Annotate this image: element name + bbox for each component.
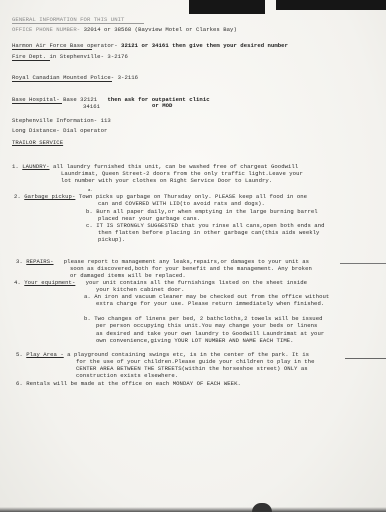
stray-line (340, 263, 386, 264)
stray-line (345, 358, 386, 359)
item-title: Your equipment- (24, 279, 75, 286)
underline (12, 81, 112, 82)
contact-value-alt: 34161 (83, 103, 100, 110)
office-phone-line: OFFICE PHONE NUMBER- 32014 or 38568 (Bay… (12, 26, 237, 33)
item-rentals: 6. Rentals will be made at the office on… (16, 380, 241, 387)
scan-bottom-edge (0, 507, 386, 512)
item-number: 6. (16, 380, 23, 387)
sub-item-a: a. An iron and vacuum cleaner may be che… (84, 293, 329, 300)
item-text: placed near your garbage cans. (98, 215, 200, 222)
redaction-mark (276, 0, 386, 10)
sub-letter: b. (86, 208, 93, 215)
item-text: Burn all paper daily,or when emptying in… (96, 208, 317, 215)
contact-value: 32121 (80, 96, 97, 103)
contact-label: Harmon Air Force Base operator- (12, 42, 118, 49)
redaction-mark (189, 0, 265, 14)
item-repairs: 3. REPAIRS- please report to management … (16, 258, 309, 265)
contact-label: Base Hospital- Base (12, 96, 77, 103)
sub-item-b: b. Two changes of linens per bed, 2 bath… (84, 315, 323, 322)
office-phone-value: 32014 or 38568 (Bayview Motel or Clarkes… (84, 26, 237, 33)
item-number: 4. (14, 279, 21, 286)
item-text: An iron and vacuum cleaner may be checke… (94, 293, 329, 300)
contact-value: 32121 or 34161 then give them your desir… (121, 42, 288, 49)
item-text: IT IS STRONGLY SUGGESTED that you rinse … (96, 222, 324, 229)
underline (12, 103, 62, 104)
contact-label: Long Distance- (12, 127, 60, 134)
item-garbage: 2. Garbage pickup- Town picks up garbage… (14, 193, 307, 200)
item-text: please report to management any leaks,re… (64, 258, 309, 265)
contact-value: 3-2176 (107, 53, 127, 60)
contact-stephenville-info: Stephenville Information- 113 (12, 117, 111, 124)
item-text: construction exists elsewhere. (76, 372, 178, 379)
title-underline (12, 23, 144, 24)
item-text: then flatten before placing in other gar… (98, 229, 319, 236)
item-text: soon as discovered,both for your benefit… (70, 265, 312, 272)
section-title: TRAILOR SERVICE (12, 139, 63, 146)
contact-label: Royal Canadian Mounted Police- (12, 74, 114, 81)
item-text: can and COVERED WITH LID(to avoid rats a… (98, 200, 265, 207)
item-number: 2. (14, 193, 21, 200)
contact-base-hospital: Base Hospital- Base 32121 then ask for o… (12, 96, 210, 103)
item-text: Two changes of linens per bed, 2 bathclo… (94, 315, 322, 322)
sub-item-b: b. Burn all paper daily,or when emptying… (86, 208, 318, 215)
item-text: lot number with your clothes on Right Se… (61, 177, 272, 184)
item-text: your unit contains all the furnishings l… (86, 279, 307, 286)
underline (12, 49, 92, 50)
item-text: Laundrimat, Queen Street-2 doors from th… (61, 170, 303, 177)
item-number: 1. (12, 163, 19, 170)
item-text: your kitchen cabinet door. (96, 286, 185, 293)
item-text: extra charge for your use. Please return… (96, 300, 324, 307)
item-text: own convenience,giving YOUR LOT NUMBER A… (96, 337, 294, 344)
contact-fire-dept: Fire Dept. in Stephenville- 3-2176 (12, 53, 128, 60)
sub-item-c: c. IT IS STRONGLY SUGGESTED that you rin… (86, 222, 325, 229)
contact-note-alt: or MOD (152, 102, 172, 109)
item-title: Play Area - (26, 351, 63, 358)
item-title: REPAIRS- (26, 258, 53, 265)
item-play-area: 5. Play Area - a playground containing s… (16, 351, 309, 358)
contact-value: 3-2116 (118, 74, 138, 81)
sub-letter: c. (86, 222, 93, 229)
item-text: for the use of your children.Please guid… (76, 358, 314, 365)
item-title: Garbage pickup- (24, 193, 75, 200)
contact-value: Dial operator (63, 127, 107, 134)
item-title: LAUNDRY- (22, 163, 49, 170)
sub-letter: a. (88, 188, 93, 195)
document-title: GENERAL INFORMATION FOR THIS UNIT (12, 16, 124, 23)
underline (12, 60, 50, 61)
item-equipment: 4. Your equipment- your unit contains al… (14, 279, 307, 286)
item-text: Town picks up garbage on Thursday only. … (79, 193, 307, 200)
item-number: 3. (16, 258, 23, 265)
item-number: 5. (16, 351, 23, 358)
contact-rcmp: Royal Canadian Mounted Police- 3-2116 (12, 74, 138, 81)
item-text: as desired and take your own laundry to … (96, 330, 324, 337)
contact-value: 113 (101, 117, 111, 124)
item-text: a playground containing swings etc, is i… (67, 351, 309, 358)
office-phone-label: OFFICE PHONE NUMBER- (12, 26, 80, 33)
contact-long-distance: Long Distance- Dial operator (12, 127, 107, 134)
sub-letter: b. (84, 315, 91, 322)
contact-harmon-afb: Harmon Air Force Base operator- 32121 or… (12, 42, 288, 49)
sub-letter: a. (84, 293, 91, 300)
item-text: all laundry furnished this unit, can be … (53, 163, 298, 170)
scanned-document-page: GENERAL INFORMATION FOR THIS UNIT OFFICE… (0, 0, 386, 512)
item-text: per person occupying this unit.You may c… (96, 322, 317, 329)
item-laundry: 1. LAUNDRY- all laundry furnished this u… (12, 163, 298, 170)
scan-artifact (252, 503, 272, 512)
item-text: Rentals will be made at the office on ea… (26, 380, 241, 387)
item-text: CENTER AREA BETWEEN THE STREETS(within t… (76, 365, 308, 372)
item-text: pickup). (98, 236, 125, 243)
item-text: or damaged items will be replaced. (70, 272, 186, 279)
contact-label: Fire Dept. in Stephenville- (12, 53, 104, 60)
contact-label: Stephenville Information- (12, 117, 97, 124)
